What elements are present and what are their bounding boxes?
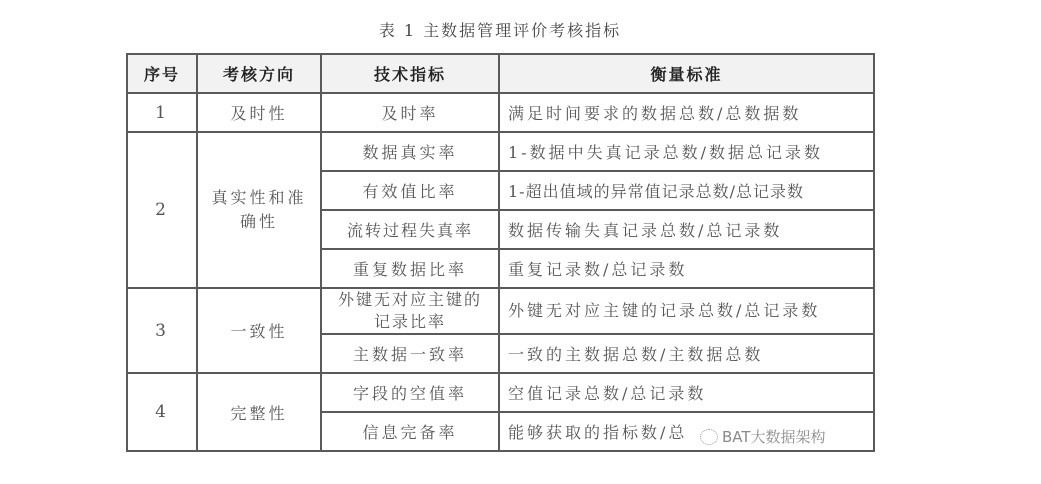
metric-cell: 有效值比率 <box>321 171 499 210</box>
metric-cell: 数据真实率 <box>321 132 499 171</box>
wechat-icon <box>700 429 718 445</box>
standard-cell: 空值记录总数/总记录数 <box>499 373 874 412</box>
group-no: 3 <box>127 288 197 373</box>
metric-cell: 信息完备率 <box>321 412 499 451</box>
group-no: 2 <box>127 132 197 288</box>
table-caption: 表 1 主数据管理评价考核指标 <box>0 18 1000 41</box>
table-row: 2 真实性和准确性 数据真实率 1-数据中失真记录总数/数据总记录数 <box>127 132 874 171</box>
group-direction: 及时性 <box>197 93 321 132</box>
metric-text: 外键无对应主键的记录比率 <box>330 289 490 333</box>
standard-cell: 外键无对应主键的记录总数/总记录数 <box>499 288 874 334</box>
group-direction-text: 真实性和准确性 <box>209 186 309 234</box>
standard-cell: 1-数据中失真记录总数/数据总记录数 <box>499 132 874 171</box>
metric-cell: 主数据一致率 <box>321 334 499 373</box>
metric-cell: 外键无对应主键的记录比率 <box>321 288 499 334</box>
header-standard: 衡量标准 <box>499 54 874 93</box>
standard-cell: 数据传输失真记录总数/总记录数 <box>499 210 874 249</box>
header-direction: 考核方向 <box>197 54 321 93</box>
table-header-row: 序号 考核方向 技术指标 衡量标准 <box>127 54 874 93</box>
metric-cell: 字段的空值率 <box>321 373 499 412</box>
watermark-text: BAT大数据架构 <box>722 426 826 447</box>
table-row: 3 一致性 外键无对应主键的记录比率 外键无对应主键的记录总数/总记录数 <box>127 288 874 334</box>
header-metric: 技术指标 <box>321 54 499 93</box>
standard-cell: 满足时间要求的数据总数/总数据数 <box>499 93 874 132</box>
standard-cell: 重复记录数/总记录数 <box>499 249 874 288</box>
group-direction: 完整性 <box>197 373 321 451</box>
group-direction: 真实性和准确性 <box>197 132 321 288</box>
standard-cell: 1-超出值域的异常值记录总数/总记录数 <box>499 171 874 210</box>
metric-cell: 及时率 <box>321 93 499 132</box>
table-row: 4 完整性 字段的空值率 空值记录总数/总记录数 <box>127 373 874 412</box>
group-no: 4 <box>127 373 197 451</box>
header-no: 序号 <box>127 54 197 93</box>
group-no: 1 <box>127 93 197 132</box>
group-direction: 一致性 <box>197 288 321 373</box>
metric-cell: 重复数据比率 <box>321 249 499 288</box>
table-row: 1 及时性 及时率 满足时间要求的数据总数/总数据数 <box>127 93 874 132</box>
metric-cell: 流转过程失真率 <box>321 210 499 249</box>
watermark: BAT大数据架构 <box>700 426 826 447</box>
standard-cell: 一致的主数据总数/主数据总数 <box>499 334 874 373</box>
evaluation-metrics-table: 序号 考核方向 技术指标 衡量标准 1 及时性 及时率 满足时间要求的数据总数/… <box>126 53 875 452</box>
